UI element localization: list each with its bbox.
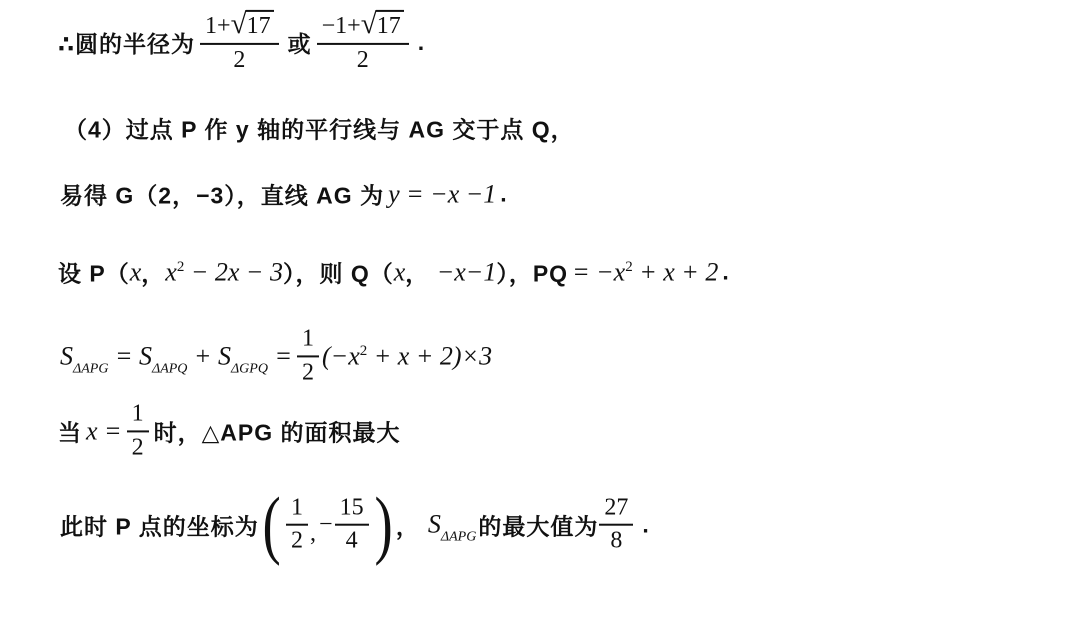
- minus-sign: −: [319, 512, 333, 539]
- line-point-g-and-line-ag: 易得 G（2，−3），直线 AG 为 y = −x −1 .: [60, 178, 508, 211]
- math-s-apg: SΔAPG = SΔAPQ + SΔGPQ =: [60, 341, 292, 371]
- fraction-denominator: 2: [291, 526, 303, 556]
- fraction-numerator: −1+√17: [317, 10, 409, 45]
- period: .: [642, 512, 649, 539]
- text-therefore-radius: ∴圆的半径为: [58, 26, 195, 59]
- math-x: x: [130, 257, 142, 287]
- subscript-triangle-gpq: ΔGPQ: [231, 361, 268, 376]
- line-p-q-pq: 设 P（ x ， x2 − 2x − 3 ），则 Q（ x ， −x−1 ），P…: [58, 256, 730, 289]
- fraction-one-half: 1 2: [286, 494, 308, 555]
- math-eq-neg-x: = −x: [572, 257, 625, 286]
- fraction-one-half: 1 2: [297, 325, 319, 386]
- math-plus-S: + S: [187, 341, 231, 370]
- text-p-coords-label: 此时 P 点的坐标为: [60, 509, 259, 542]
- math-quadratic-times-3: (−x2 + x + 2)×3: [322, 341, 492, 371]
- text-step4: （4）过点 P 作 y 轴的平行线与 AG 交于点 Q，: [64, 112, 575, 145]
- fraction-numerator: 1: [127, 400, 149, 432]
- math-pq-expr: = −x2 + x + 2: [572, 257, 718, 287]
- fraction-neg1-plus-sqrt17-over-2: −1+√17 2: [317, 10, 409, 74]
- text-comma: ，: [141, 256, 165, 289]
- fraction-numerator: 1: [286, 494, 308, 526]
- numerator-value: 1: [132, 400, 144, 428]
- text-max-value-label: 的最大值为: [478, 509, 598, 542]
- math-x: x: [394, 257, 406, 287]
- fraction-one-half: 1 2: [127, 400, 149, 461]
- text-apg-area-max: △APG 的面积最大: [202, 415, 401, 448]
- math-equals-S: = S: [108, 341, 152, 370]
- numerator-value: 1: [302, 325, 314, 353]
- fraction-denominator: 2: [302, 357, 314, 387]
- numerator-value: 15: [340, 494, 364, 522]
- text-pq-label: ），PQ: [496, 256, 568, 289]
- fraction-1-plus-sqrt17-over-2: 1+√17 2: [200, 10, 279, 74]
- fraction-denominator: 8: [610, 526, 622, 556]
- numerator-value: 1: [291, 494, 303, 522]
- fraction-denominator: 4: [346, 526, 358, 556]
- numerator-prefix: −1+: [322, 13, 361, 41]
- math-equals: =: [268, 341, 292, 370]
- text-comma: ，: [405, 256, 436, 289]
- fraction-numerator: 1: [297, 325, 319, 357]
- fraction-numerator: 15: [335, 494, 369, 526]
- period: .: [722, 259, 729, 286]
- math-S: S: [428, 510, 441, 539]
- numerator-value: 27: [604, 494, 628, 522]
- line-step4-statement: （4）过点 P 作 y 轴的平行线与 AG 交于点 Q，: [64, 112, 575, 145]
- line-max-condition: 当 x = 1 2 时， △APG 的面积最大: [58, 400, 401, 461]
- radicand: 17: [246, 10, 274, 41]
- coords-comma: ,: [310, 521, 316, 548]
- text-or: 或: [288, 26, 312, 59]
- fraction-27-over-8: 27 8: [599, 494, 633, 555]
- left-paren: (: [262, 493, 280, 558]
- subscript-triangle-apg: ΔAPG: [73, 361, 108, 376]
- period: .: [500, 181, 507, 208]
- fraction-denominator: 2: [233, 45, 245, 75]
- math-s-apg: SΔAPG: [428, 510, 476, 540]
- numerator-prefix: 1+: [205, 13, 231, 41]
- right-paren: ): [374, 493, 392, 558]
- text-g-coords: 易得 G（2，−3），直线 AG 为: [60, 178, 384, 211]
- math-parabola-expr: x2 − 2x − 3: [165, 257, 283, 287]
- math-S: S: [60, 341, 73, 370]
- math-open-neg-x: (−x: [322, 341, 360, 370]
- math-plus-x-plus-2-times-3: + x + 2)×3: [367, 341, 492, 370]
- sqrt-icon: √: [361, 10, 377, 39]
- sqrt-icon: √: [231, 10, 247, 39]
- line-radius-conclusion: ∴圆的半径为 1+√17 2 或 −1+√17 2 .: [58, 10, 425, 74]
- text-let-p: 设 P（: [58, 256, 130, 289]
- fraction-denominator: 2: [132, 432, 144, 462]
- math-plus-x-plus-2: + x + 2: [633, 257, 719, 286]
- fraction-numerator: 1+√17: [200, 10, 279, 45]
- subscript-triangle-apq: ΔAPQ: [152, 361, 187, 376]
- math-neg-x-minus-1: −x−1: [437, 257, 497, 287]
- text-then-q: ），则 Q（: [283, 256, 394, 289]
- period: .: [418, 29, 425, 56]
- radicand: 17: [376, 10, 404, 41]
- fraction-numerator: 27: [599, 494, 633, 526]
- exponent-2: 2: [625, 258, 633, 274]
- text-shi-comma: 时，: [154, 415, 202, 448]
- line-area-formula: SΔAPG = SΔAPQ + SΔGPQ = 1 2 (−x2 + x + 2…: [60, 325, 492, 386]
- text-comma: ，: [396, 509, 420, 542]
- subscript-triangle-apg: ΔAPG: [441, 530, 476, 545]
- fraction-denominator: 2: [357, 45, 369, 75]
- math-minus-2x-minus-3: − 2x − 3: [184, 257, 283, 286]
- document-page: ∴圆的半径为 1+√17 2 或 −1+√17 2 . （4）过点 P 作 y …: [0, 0, 1080, 621]
- math-x-equals: x =: [86, 416, 122, 446]
- text-when: 当: [58, 415, 82, 448]
- line-p-coords-max-value: 此时 P 点的坐标为 ( 1 2 , − 15 4 ) ， SΔAPG 的最大值…: [60, 493, 650, 558]
- math-line-ag-equation: y = −x −1: [388, 179, 496, 209]
- math-x: x: [165, 257, 177, 286]
- fraction-15-over-4: 15 4: [335, 494, 369, 555]
